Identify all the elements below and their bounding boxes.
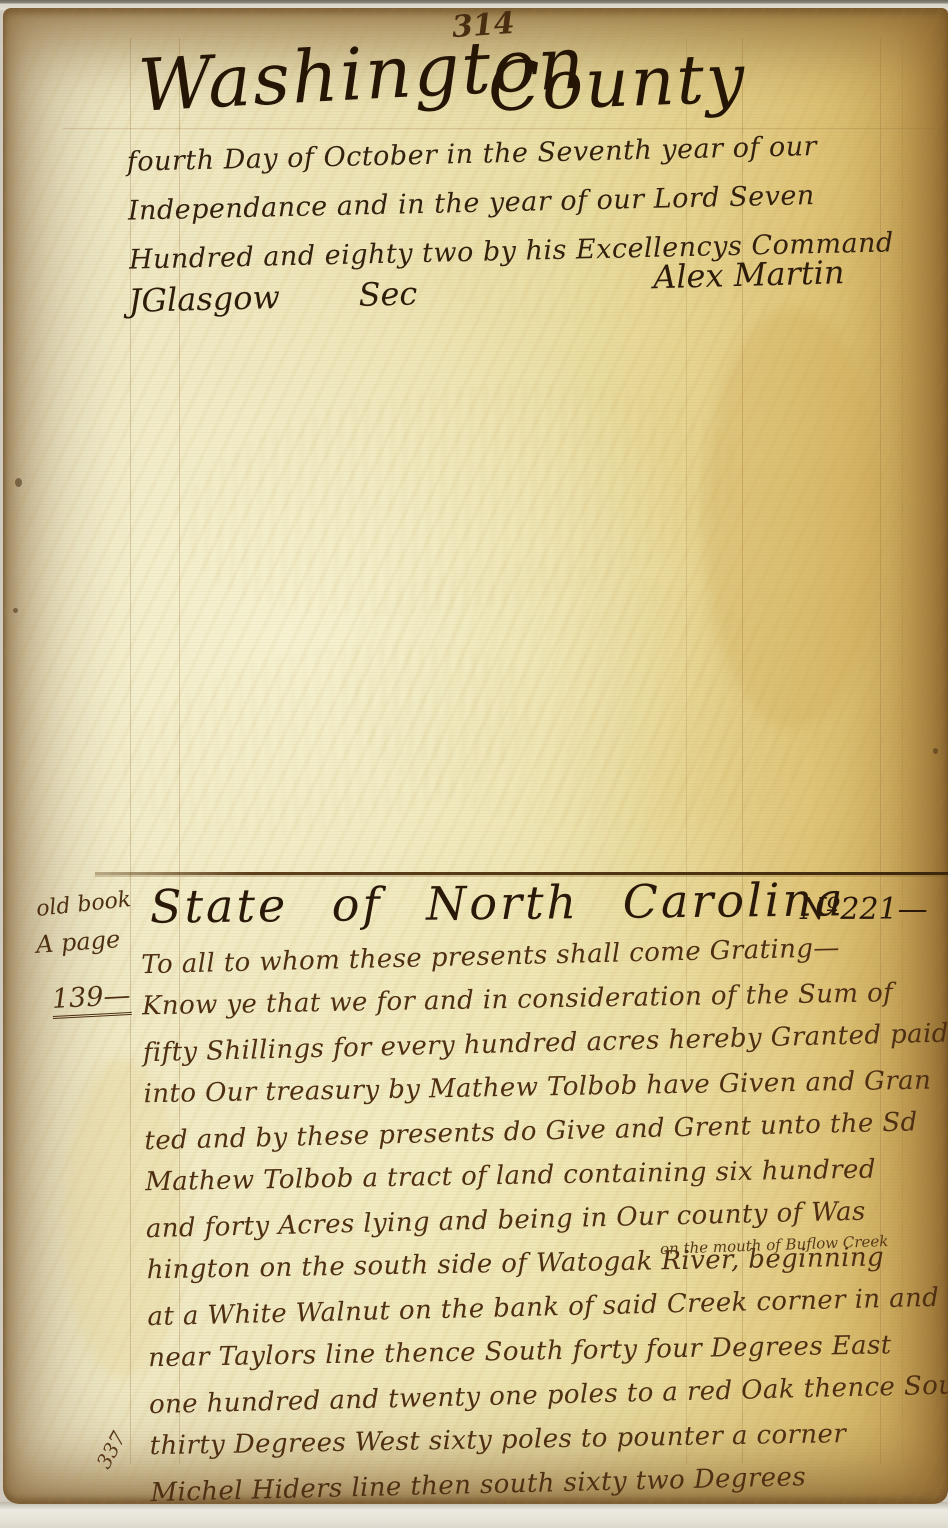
signature-governor: Alex Martin bbox=[653, 253, 845, 296]
bleedthrough-texture bbox=[331, 544, 836, 853]
ink-speck bbox=[933, 748, 938, 754]
record-2-text-block: To all to whom these presents shall come… bbox=[141, 933, 948, 1519]
signature-secretary-title: Sec bbox=[358, 274, 418, 314]
margin-note-page-ref: 139— bbox=[51, 980, 131, 1019]
ink-speck bbox=[15, 478, 22, 487]
record-2-heading: State of North Carolina bbox=[150, 872, 846, 933]
bleedthrough-texture bbox=[109, 606, 557, 869]
heading-county: County bbox=[487, 40, 748, 128]
ruled-line-horizontal bbox=[63, 128, 948, 129]
record-2-grant-number: Nº221— bbox=[800, 892, 928, 927]
scanned-ledger-page: { "colors": { "paper_center": "#ede4b6",… bbox=[0, 0, 948, 1528]
bleedthrough-texture bbox=[170, 350, 755, 646]
ink-speck bbox=[13, 608, 18, 613]
age-stain bbox=[703, 308, 883, 728]
signature-secretary: JGlasgow bbox=[128, 278, 280, 320]
margin-note-a-page: A page bbox=[35, 925, 121, 959]
